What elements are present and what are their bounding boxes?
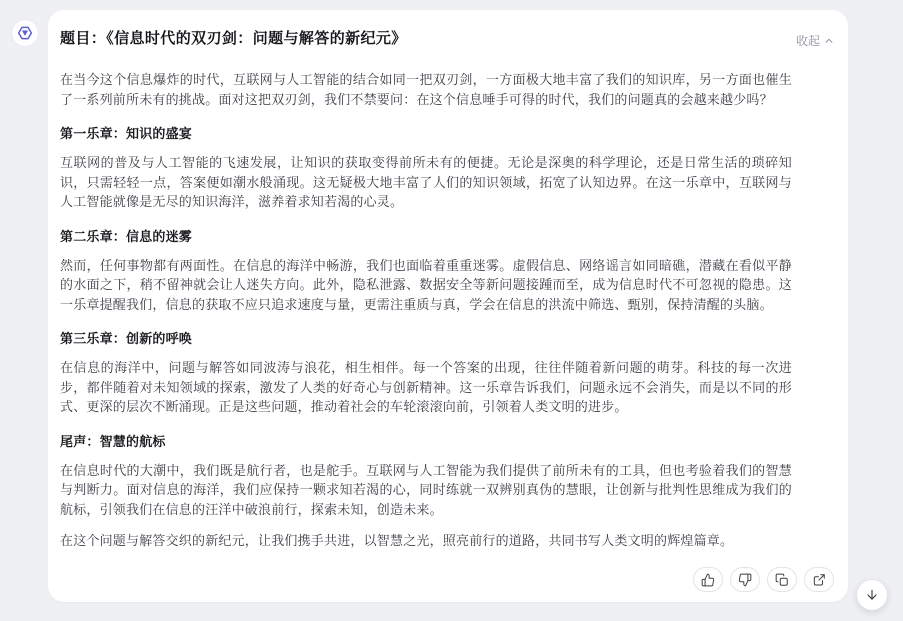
intro-paragraph: 在当今这个信息爆炸的时代，互联网与人工智能的结合如同一把双刃剑，一方面极大地丰富…: [60, 70, 792, 109]
section-paragraph-3: 在信息的海洋中，问题与解答如同波涛与浪花，相生相伴。每一个答案的出现，往往伴随着…: [60, 358, 792, 417]
card-header: 题目：《信息时代的双刃剑：问题与解答的新纪元》 收起: [48, 10, 848, 49]
assistant-logo-icon: [17, 25, 33, 41]
copy-icon: [775, 573, 789, 587]
thumbs-down-icon: [738, 573, 752, 587]
section-paragraph-1: 互联网的普及与人工智能的飞速发展，让知识的获取变得前所未有的便捷。无论是深奥的科…: [60, 153, 792, 212]
response-actions: [693, 567, 834, 592]
share-icon: [812, 573, 826, 587]
dislike-button[interactable]: [730, 567, 760, 592]
answer-card: 题目：《信息时代的双刃剑：问题与解答的新纪元》 收起 在当今这个信息爆炸的时代，…: [48, 10, 848, 602]
section-paragraph-4: 在信息时代的大潮中，我们既是航行者，也是舵手。互联网与人工智能为我们提供了前所未…: [60, 461, 792, 520]
arrow-down-icon: [865, 588, 879, 602]
thumbs-up-icon: [701, 573, 715, 587]
assistant-avatar: [12, 20, 38, 46]
outro-paragraph: 在这个问题与解答交织的新纪元，让我们携手共进，以智慧之光，照亮前行的道路，共同书…: [60, 531, 792, 551]
copy-button[interactable]: [767, 567, 797, 592]
collapse-label: 收起: [796, 32, 820, 49]
scroll-to-bottom-button[interactable]: [857, 580, 887, 610]
share-button[interactable]: [804, 567, 834, 592]
section-heading-1: 第一乐章：知识的盛宴: [60, 127, 792, 141]
essay-title: 题目：《信息时代的双刃剑：问题与解答的新纪元》: [60, 29, 407, 49]
section-heading-4: 尾声：智慧的航标: [60, 435, 792, 449]
section-heading-2: 第二乐章：信息的迷雾: [60, 230, 792, 244]
like-button[interactable]: [693, 567, 723, 592]
essay-content: 在当今这个信息爆炸的时代，互联网与人工智能的结合如同一把双刃剑，一方面极大地丰富…: [48, 49, 848, 551]
collapse-button[interactable]: 收起: [796, 29, 834, 49]
section-heading-3: 第三乐章：创新的呼唤: [60, 332, 792, 346]
chevron-up-icon: [824, 36, 834, 46]
section-paragraph-2: 然而，任何事物都有两面性。在信息的海洋中畅游，我们也面临着重重迷雾。虚假信息、网…: [60, 256, 792, 315]
